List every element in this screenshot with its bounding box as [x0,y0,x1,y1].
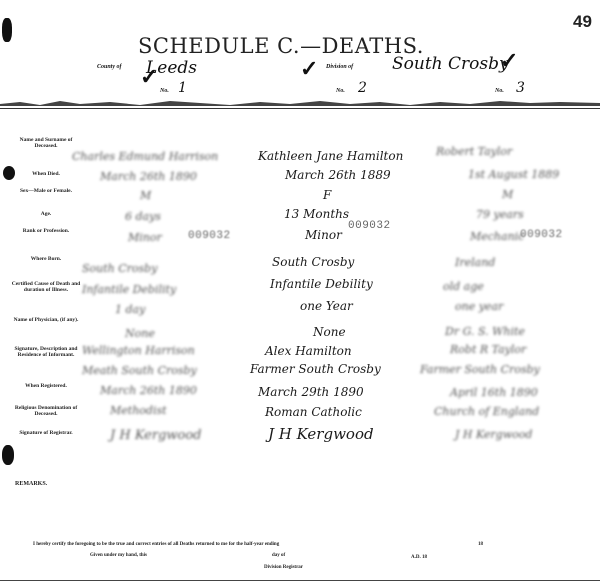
row-label-age: Age. [8,211,84,217]
entry-2-cause: Infantile Debility [270,277,373,291]
row-label-where-born: Where Born. [8,256,84,262]
entry-1-rank: Minor [128,231,162,244]
entry-3-age: 79 years [476,208,524,221]
entry-3-duration: one year [455,300,503,313]
entry-2-informant-residence: Farmer South Crosby [250,362,381,376]
entry-2-sex: F [323,188,331,202]
division-value: South Crosby [392,54,509,74]
entry-1-when-died: March 26th 1890 [100,170,197,183]
entry-1-cause: Infantile Debility [82,283,176,296]
division-label: Division of [326,64,353,70]
checkmark-icon: ✓ [300,56,318,82]
day-of-text: day of [272,553,285,558]
redaction-stamp-3: 009032 [520,229,563,241]
certify-year: 18 [478,542,483,547]
row-label-religion: Religious Denomination of Deceased. [8,405,84,417]
entry-2-informant-name: Alex Hamilton [265,344,352,358]
row-label-when-registered: When Registered. [8,383,84,389]
entry-3-sex: M [502,188,513,201]
entry-2-religion: Roman Catholic [265,405,362,419]
entry-2-name: Kathleen Jane Hamilton [258,149,403,163]
entry-2-physician: None [313,325,346,339]
entry-3-registrar: J H Kergwood [455,428,532,441]
division-registrar-text: Division Registrar [264,565,303,570]
entry-2-age: 13 Months [284,207,349,221]
row-label-when-died: When Died. [8,171,84,177]
ad-text: A.D. 18 [411,555,427,560]
remarks-label: REMARKS. [15,481,47,487]
entry-1-duration: 1 day [115,303,145,316]
redaction-stamp-1: 009032 [188,230,231,242]
entry-3-informant-name: Robt R Taylor [450,343,526,356]
ink-blot-top-left [2,18,12,42]
entry-2-registrar: J H Kergwood [268,425,374,443]
entry-1-when-registered: March 26th 1890 [100,384,197,397]
entry-3-when-registered: April 16th 1890 [450,386,538,399]
entry-3-when-died: 1st August 1889 [468,168,559,181]
row-label-cause: Certified Cause of Death and duration of… [8,281,84,293]
checkmark-icon: ✓ [140,64,158,90]
column-number-1: 1 [178,80,187,96]
entry-3-religion: Church of England [434,405,539,418]
entry-3-informant-residence: Farmer South Crosby [420,363,540,376]
entry-3-name: Robert Taylor [436,145,512,158]
ink-blot-left-lower [2,445,14,465]
certify-text: I hereby certify the foregoing to be the… [33,542,279,547]
entry-1-where-born: South Crosby [82,262,157,275]
entry-2-when-registered: March 29th 1890 [258,385,364,399]
entry-3-where-born: Ireland [455,256,495,269]
row-label-informant: Signature, Description and Residence of … [8,346,84,358]
entry-1-registrar: J H Kergwood [110,428,202,443]
schedule-title: SCHEDULE C.—DEATHS. [138,34,424,58]
given-text: Given under my hand, this [90,553,147,558]
entry-1-name: Charles Edmund Harrison [72,150,218,163]
no-label-2: No. [336,88,345,94]
entry-1-age: 6 days [125,210,161,223]
entry-3-cause: old age [443,280,484,293]
column-number-2: 2 [358,80,367,96]
torn-edge [0,96,600,108]
entry-1-informant-name: Wellington Harrison [82,344,195,357]
entry-3-rank: Mechanic [470,230,524,243]
entry-3-physician: Dr G. S. White [445,325,525,338]
row-label-physician: Name of Physician, (if any). [8,317,84,323]
bottom-rule [0,580,600,581]
row-label-rank: Rank or Profession. [8,228,84,234]
entry-1-physician: None [125,327,155,340]
row-label-name: Name and Surname of Deceased. [8,137,84,149]
no-label-3: No. [495,88,504,94]
entry-2-where-born: South Crosby [272,255,354,269]
overlay-number-stamp: 009032 [348,220,391,232]
entry-1-informant-residence: Meath South Crosby [82,364,197,377]
row-label-registrar: Signature of Registrar. [8,430,84,436]
row-label-sex: Sex—Male or Female. [8,188,84,194]
county-label: County of [97,64,122,70]
ink-blot-left [3,166,15,180]
page-number: 49 [573,12,592,32]
entry-1-religion: Methodist [110,404,167,417]
column-number-3: 3 [516,80,525,96]
checkmark-icon: ✓ [500,48,518,74]
entry-2-rank: Minor [305,228,342,242]
entry-2-duration: one Year [300,299,353,313]
entry-1-sex: M [140,189,151,202]
header-rule [0,108,600,109]
entry-2-when-died: March 26th 1889 [285,168,391,182]
no-label-1: No. [160,88,169,94]
